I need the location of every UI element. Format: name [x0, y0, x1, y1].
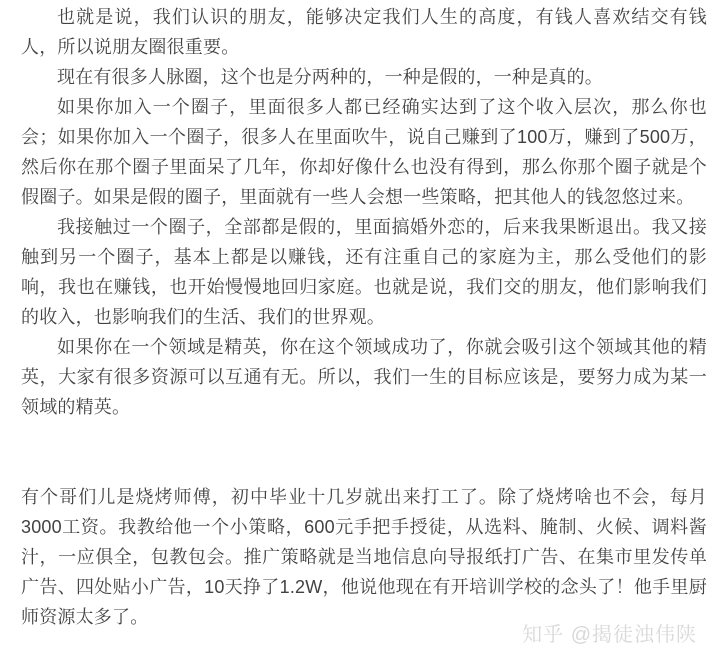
article-body: 也就是说，我们认识的朋友，能够决定我们人生的高度，有钱人喜欢结交有钱人，所以说朋… [0, 0, 720, 650]
paragraph-real-vs-fake-circle: 如果你加入一个圈子，里面很多人都已经确实达到了这个收入层次，那么你也会；如果你加… [21, 92, 707, 212]
paragraph-bbq-master-story: 有个哥们儿是烧烤师傅，初中毕业十几岁就出来打工了。除了烧烤啥也不会，每月3000… [21, 482, 707, 632]
paragraph-become-elite: 如果你在一个领域是精英，你在这个领域成功了，你就会吸引这个领域其他的精英，大家有… [21, 332, 707, 422]
paragraph-my-circle-experience: 我接触过一个圈子，全部都是假的，里面搞婚外恋的，后来我果断退出。我又接触到另一个… [21, 212, 707, 332]
paragraph-friends-decide-height: 也就是说，我们认识的朋友，能够决定我们人生的高度，有钱人喜欢结交有钱人，所以说朋… [21, 2, 707, 62]
paragraph-two-kinds-of-circles: 现在有很多人脉圈，这个也是分两种的，一种是假的，一种是真的。 [21, 62, 707, 92]
